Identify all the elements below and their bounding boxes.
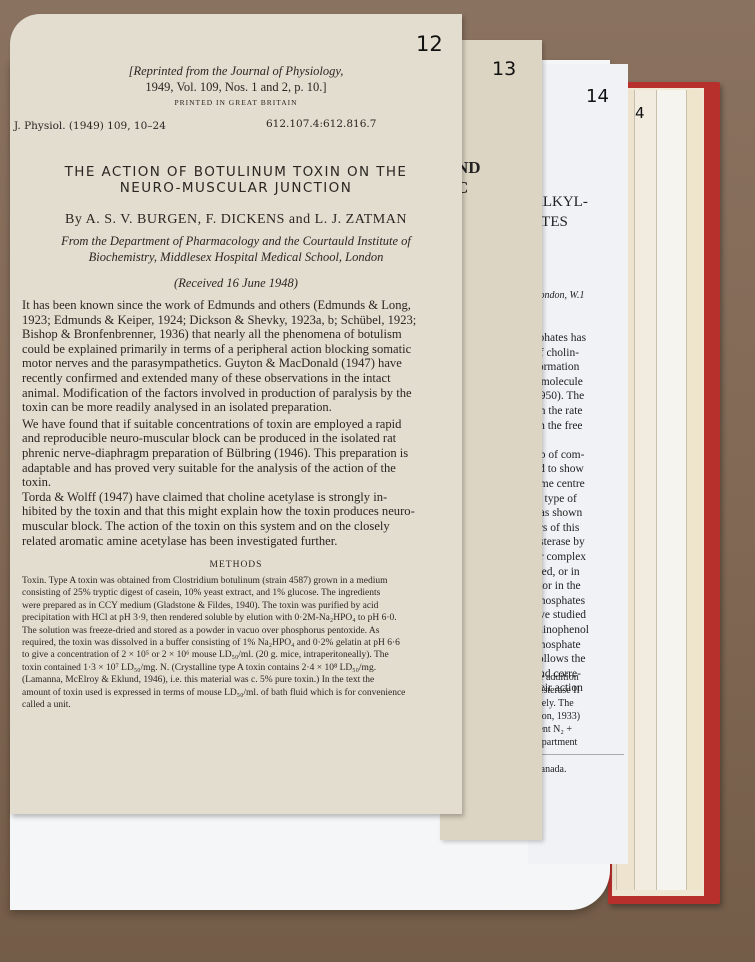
methods-text-line: Toxin. Type A toxin was obtained from Cl… xyxy=(22,576,388,586)
page-leaf xyxy=(656,90,687,890)
reprint-note: 1949, Vol. 109, Nos. 1 and 2, p. 10.] xyxy=(10,80,462,95)
methods-text-line: required, the toxin was dissolved in a b… xyxy=(22,638,400,648)
body-text-line: Torda & Wolff (1947) have claimed that c… xyxy=(22,490,387,505)
body-text-line: animal. Modification of the factors invo… xyxy=(22,386,412,401)
methods-text-line: amount of toxin used is expressed in ter… xyxy=(22,688,405,698)
methods-text-line: precipitation with HCl at pH 3·9, then r… xyxy=(22,613,397,623)
body-text-line: motor nerves and the parasympathetics. G… xyxy=(22,356,402,371)
page-leaf xyxy=(686,90,703,890)
page-leaf: 4 xyxy=(634,90,657,890)
text-fragment: minophenol xyxy=(534,624,589,636)
methods-text-line: were prepared as in CCY medium (Gladston… xyxy=(22,601,378,611)
methods-text-line: consisting of 25% tryptic digest of case… xyxy=(22,588,380,598)
methods-text-line: (Lamanna, McElroy & Eklund, 1946), i.e. … xyxy=(22,675,374,685)
footnote-rule xyxy=(536,754,624,755)
methods-text-line: The solution was freeze-dried and stored… xyxy=(22,626,379,636)
page-14: 14 ALKYL- ATES London, W.1 sphates hasof… xyxy=(528,64,628,864)
handwritten-mark: 4 xyxy=(635,104,645,122)
methods-text-line: to give a concentration of 2 × 10⁵ or 2 … xyxy=(22,650,389,660)
body-text-line: could be explained primarily in terms of… xyxy=(22,342,411,357)
classification-code: 612.107.4:612.816.7 xyxy=(266,118,376,130)
citation: J. Physiol. (1949) 109, 10–24 xyxy=(14,120,166,132)
printed-in: PRINTED IN GREAT BRITAIN xyxy=(10,98,462,107)
body-text-line: Bishop & Bronfenbrenner, 1936) that near… xyxy=(22,327,402,342)
page-12-article: 12 [Reprinted from the Journal of Physio… xyxy=(10,14,462,814)
methods-heading: METHODS xyxy=(10,560,462,570)
body-text-line: muscular block. The action of the toxin … xyxy=(22,519,390,534)
body-text-line: toxin can be more readily analysed in an… xyxy=(22,400,332,415)
article-title: THE ACTION OF BOTULINUM TOXIN ON THE xyxy=(10,164,462,180)
authors: By A. S. V. BURGEN, F. DICKENS and L. J.… xyxy=(10,212,462,228)
body-text-line: We have found that if suitable concentra… xyxy=(22,417,401,432)
body-text-line: toxin. xyxy=(22,475,51,490)
page-number: 14 xyxy=(586,86,609,107)
affiliation: Biochemistry, Middlesex Hospital Medical… xyxy=(10,250,462,265)
body-text-line: hibited by the toxin and that this might… xyxy=(22,504,415,519)
body-text-line: phrenic nerve-diaphragm preparation of B… xyxy=(22,446,408,461)
methods-text-line: toxin contained 1·3 × 10⁷ LD₅₀/mg. N. (C… xyxy=(22,663,376,673)
affiliation: From the Department of Pharmacology and … xyxy=(10,234,462,249)
body-text-line: and reproducible neuro-muscular block ca… xyxy=(22,431,396,446)
body-text-line: related aromatic amine acetylase has bee… xyxy=(22,534,337,549)
body-text-line: adaptable and has proved very suitable f… xyxy=(22,461,396,476)
page-number: 12 xyxy=(416,32,443,56)
body-text-line: It has been known since the work of Edmu… xyxy=(22,298,411,313)
reprint-note: [Reprinted from the Journal of Physiolog… xyxy=(10,64,462,79)
article-title: NEURO-MUSCULAR JUNCTION xyxy=(10,180,462,196)
methods-text-line: called a unit. xyxy=(22,700,71,710)
page-number: 13 xyxy=(492,58,516,80)
body-text-line: recently confirmed and extended many of … xyxy=(22,371,391,386)
body-text-line: 1923; Edmunds & Keiper, 1924; Dickson & … xyxy=(22,313,416,328)
received-date: (Received 16 June 1948) xyxy=(10,276,462,291)
